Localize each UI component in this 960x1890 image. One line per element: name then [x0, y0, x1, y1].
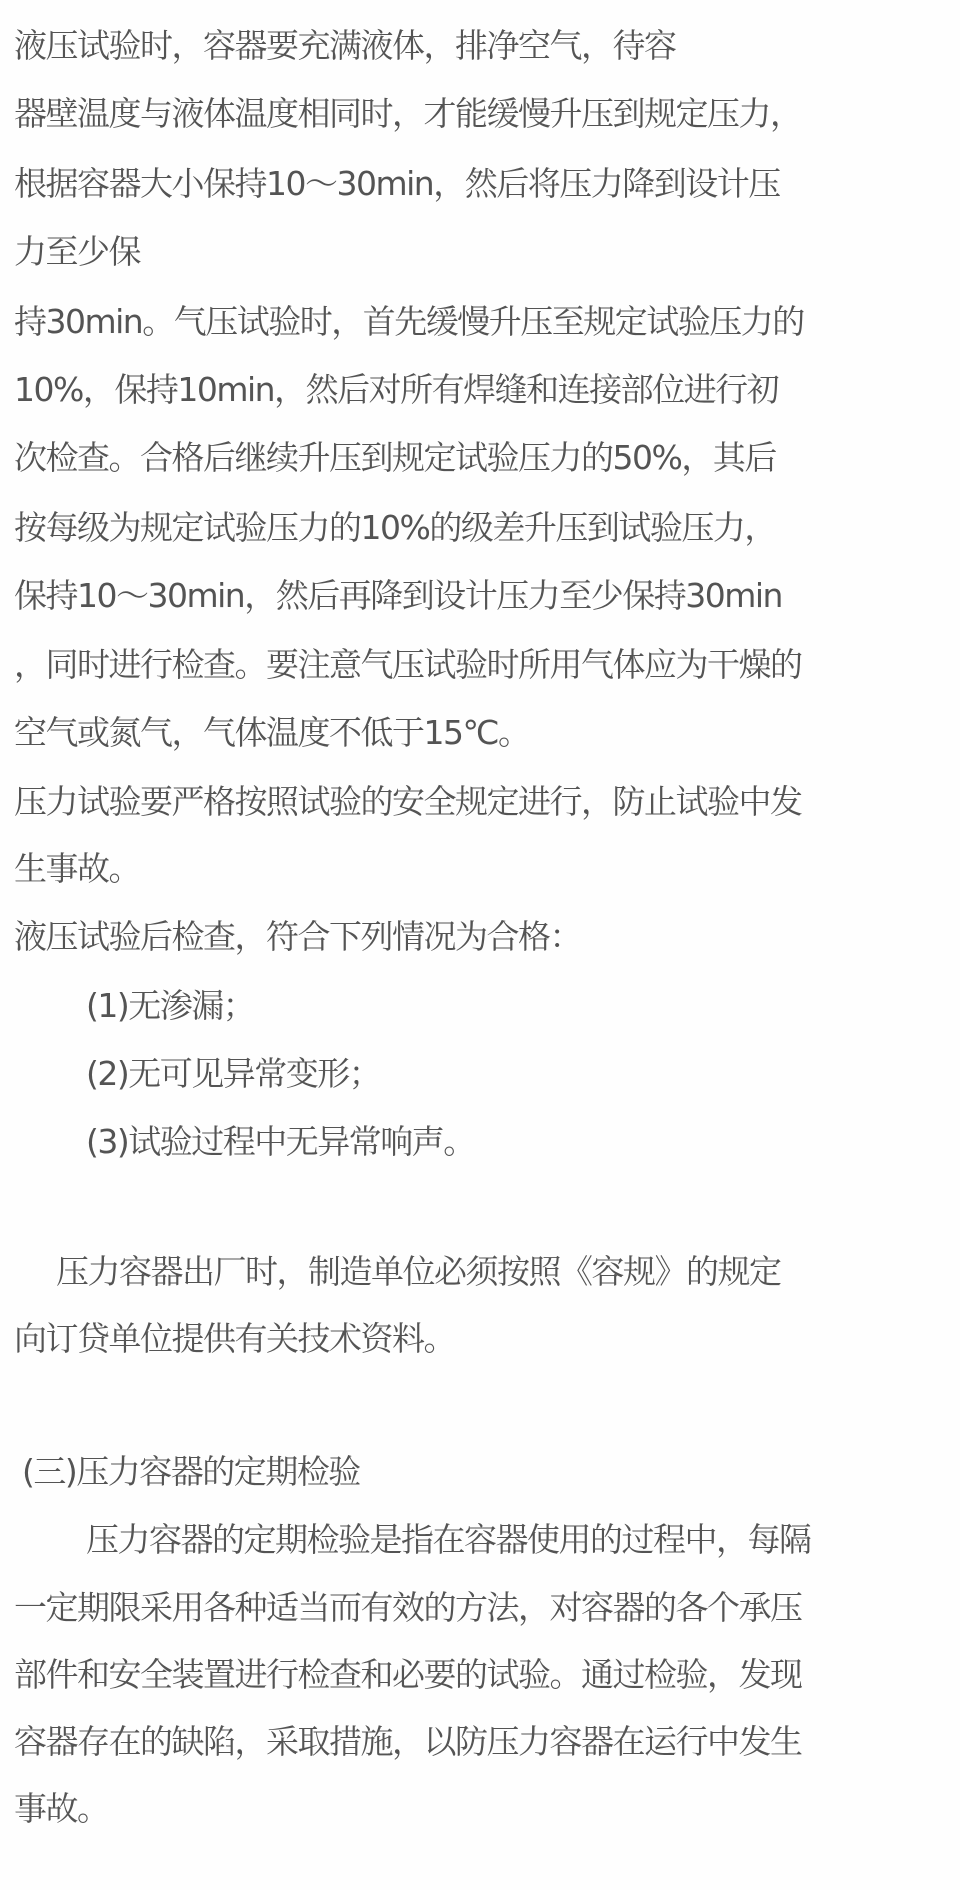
text-line: 次检查。合格后继续升压到规定试验压力的50%，其后	[14, 438, 776, 478]
text-line: 根据容器大小保持10～30min，然后将压力降到设计压	[14, 164, 780, 204]
text-line: 事故。	[14, 1789, 109, 1829]
text-line: 压力容器出厂时，制造单位必须按照《容规》的规定	[56, 1252, 781, 1292]
text-line: 按每级为规定试验压力的10%的级差升压到试验压力，	[14, 508, 776, 548]
text-line: 生事故。	[14, 849, 140, 889]
text-line: ，同时进行检查。要注意气压试验时所用气体应为干燥的	[14, 645, 802, 685]
text-line: (1)无渗漏；	[86, 986, 254, 1026]
text-line: 压力容器的定期检验是指在容器使用的过程中，每隔	[86, 1520, 811, 1560]
text-line: 一定期限采用各种适当而有效的方法，对容器的各个承压	[14, 1588, 802, 1628]
text-line: (三)压力容器的定期检验	[22, 1452, 360, 1492]
text-line: 器壁温度与液体温度相同时，才能缓慢升压到规定压力，	[14, 94, 802, 134]
text-line: 力至少保	[14, 232, 140, 272]
text-line: 压力试验要严格按照试验的安全规定进行，防止试验中发	[14, 782, 802, 822]
text-line: 空气或氮气，气体温度不低于15℃。	[14, 713, 530, 753]
text-line: (2)无可见异常变形；	[86, 1054, 380, 1094]
text-line: (3)试验过程中无异常响声。	[86, 1122, 475, 1162]
text-line: 保持10～30min，然后再降到设计压力至少保持30min	[14, 576, 782, 616]
text-line: 持30min。气压试验时，首先缓慢升压至规定试验压力的	[14, 302, 804, 342]
text-line: 液压试验时，容器要充满液体，排净空气，待容	[14, 26, 676, 66]
text-line: 液压试验后检查，符合下列情况为合格：	[14, 917, 581, 957]
text-line: 容器存在的缺陷，采取措施，以防压力容器在运行中发生	[14, 1722, 802, 1762]
text-line: 10%，保持10min，然后对所有焊缝和连接部位进行初	[14, 370, 778, 410]
text-line: 部件和安全装置进行检查和必要的试验。通过检验，发现	[14, 1655, 802, 1695]
text-line: 向订贷单位提供有关技术资料。	[14, 1319, 455, 1359]
